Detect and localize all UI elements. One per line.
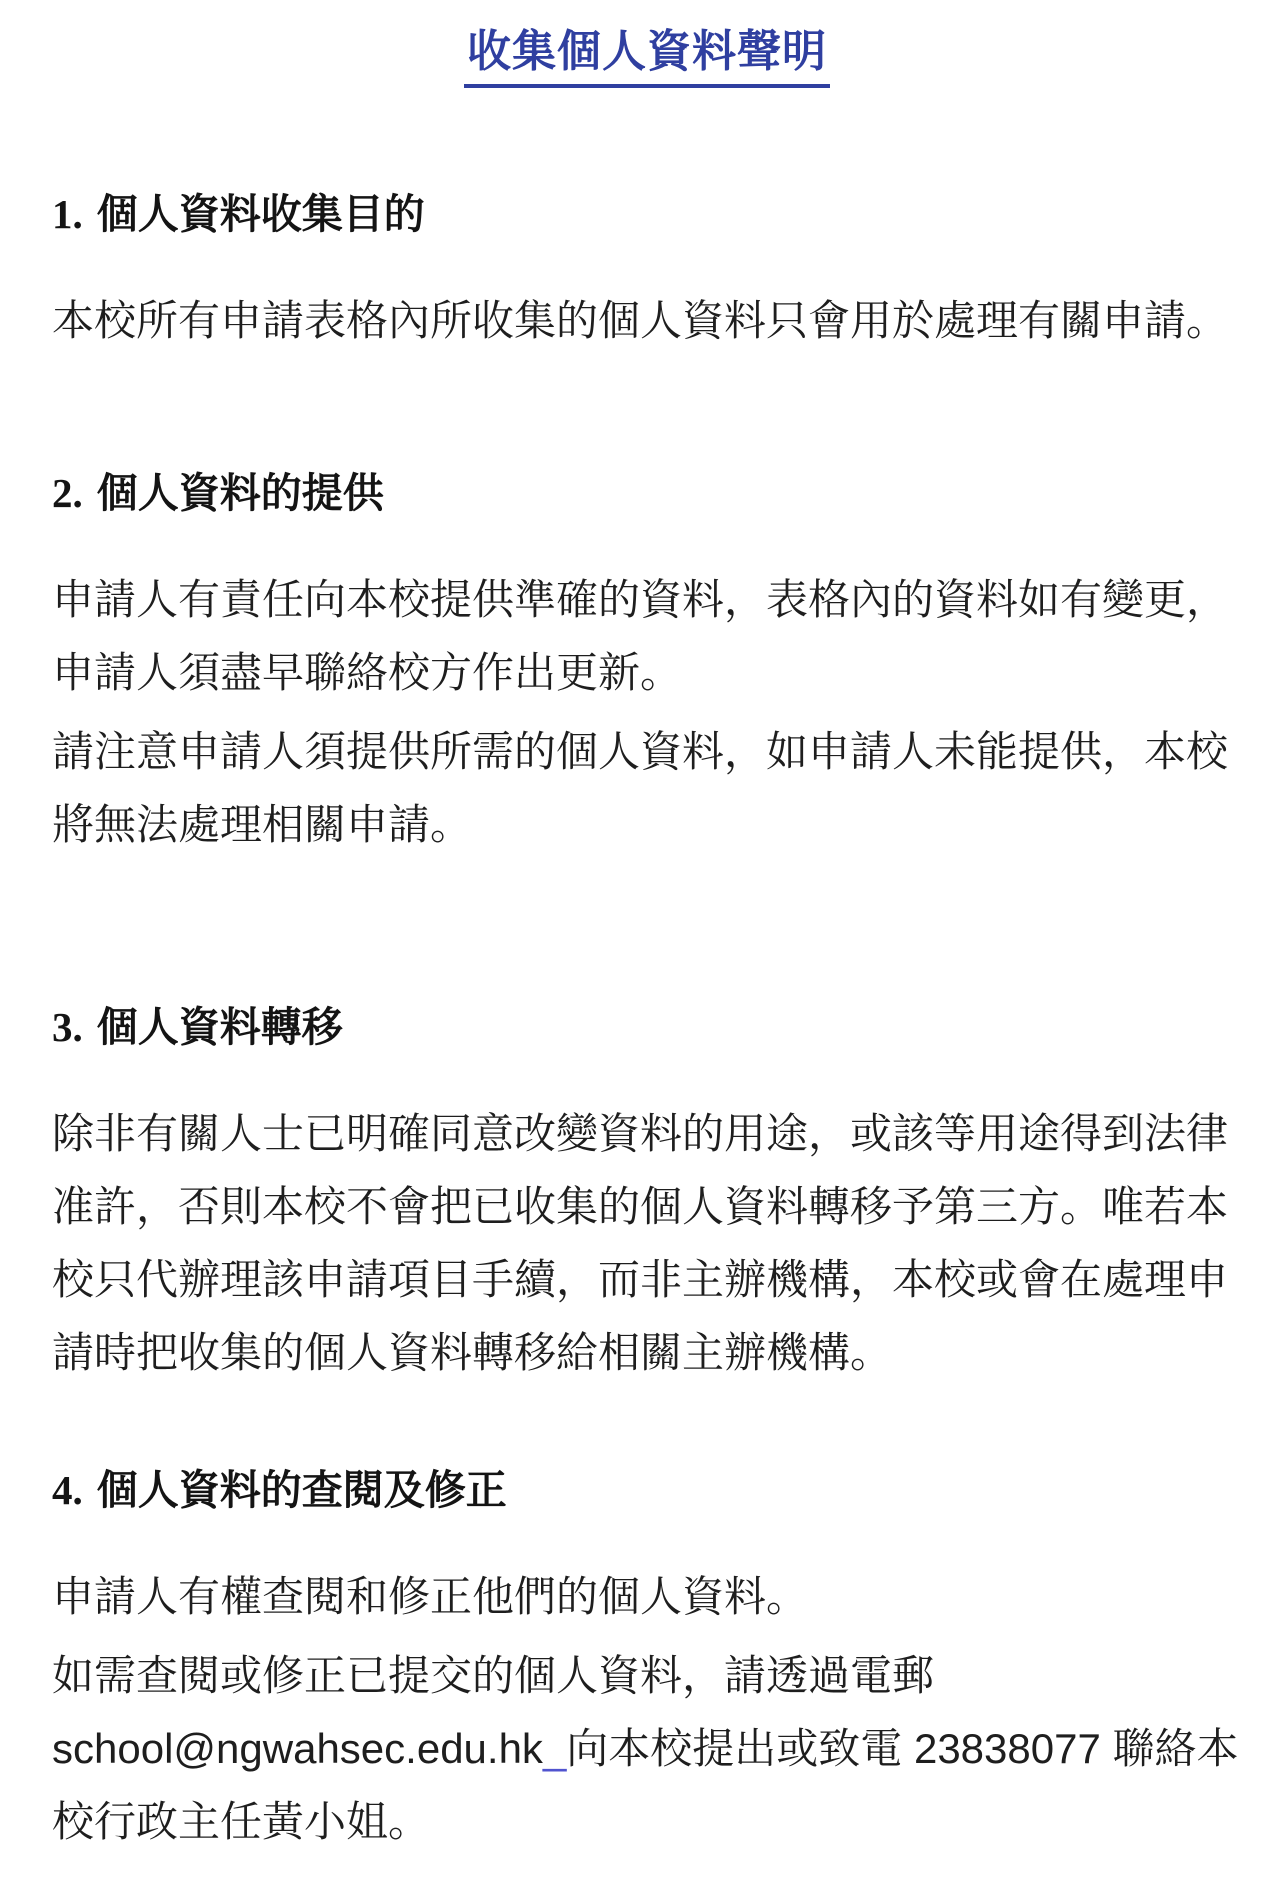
- email-link[interactable]: school@ngwahsec.edu.hk: [52, 1725, 543, 1772]
- document-page: 收集個人資料聲明 1.個人資料收集目的 本校所有申請表格內所收集的個人資料只會用…: [0, 0, 1280, 1904]
- section-number: 4.: [52, 1467, 97, 1513]
- section-heading: 3.個人資料轉移: [52, 1001, 1242, 1053]
- document-title: 收集個人資料聲明: [52, 26, 1242, 88]
- paragraph: 除非有關人士已明確同意改變資料的用途，或該等用途得到法律准許，否則本校不會把已收…: [52, 1097, 1242, 1389]
- section-heading-text: 個人資料的提供: [97, 470, 384, 516]
- section-provision-of-data: 2.個人資料的提供 申請人有責任向本校提供準確的資料，表格內的資料如有變更，申請…: [52, 467, 1242, 861]
- paragraph: 申請人有權查閱和修正他們的個人資料。: [52, 1560, 1242, 1633]
- section-purpose-of-collection: 1.個人資料收集目的 本校所有申請表格內所收集的個人資料只會用於處理有關申請。: [52, 188, 1242, 357]
- section-heading: 2.個人資料的提供: [52, 467, 1242, 519]
- section-access-and-correction: 4.個人資料的查閱及修正 申請人有權查閱和修正他們的個人資料。 如需查閱或修正已…: [52, 1464, 1242, 1858]
- section-heading-text: 個人資料收集目的: [97, 191, 425, 237]
- section-heading-text: 個人資料的查閱及修正: [97, 1467, 507, 1513]
- section-heading: 4.個人資料的查閱及修正: [52, 1464, 1242, 1516]
- document-title-text: 收集個人資料聲明: [464, 26, 830, 88]
- section-number: 1.: [52, 191, 97, 237]
- paragraph: 本校所有申請表格內所收集的個人資料只會用於處理有關申請。: [52, 284, 1242, 357]
- phone-number: 23838077: [914, 1725, 1101, 1772]
- contact-text-before-email: 如需查閱或修正已提交的個人資料，請透過電郵: [52, 1652, 934, 1699]
- section-number: 2.: [52, 470, 97, 516]
- paragraph: 申請人有責任向本校提供準確的資料，表格內的資料如有變更，申請人須盡早聯絡校方作出…: [52, 563, 1242, 709]
- email-link-underscore-mark: _: [543, 1725, 566, 1772]
- contact-text-before-phone: 向本校提出或致電: [566, 1725, 914, 1772]
- section-heading: 1.個人資料收集目的: [52, 188, 1242, 240]
- section-heading-text: 個人資料轉移: [97, 1004, 343, 1050]
- contact-paragraph: 如需查閱或修正已提交的個人資料，請透過電郵 school@ngwahsec.ed…: [52, 1639, 1242, 1858]
- section-transfer-of-data: 3.個人資料轉移 除非有關人士已明確同意改變資料的用途，或該等用途得到法律准許，…: [52, 1001, 1242, 1389]
- section-number: 3.: [52, 1004, 97, 1050]
- paragraph: 請注意申請人須提供所需的個人資料，如申請人未能提供，本校將無法處理相關申請。: [52, 715, 1242, 861]
